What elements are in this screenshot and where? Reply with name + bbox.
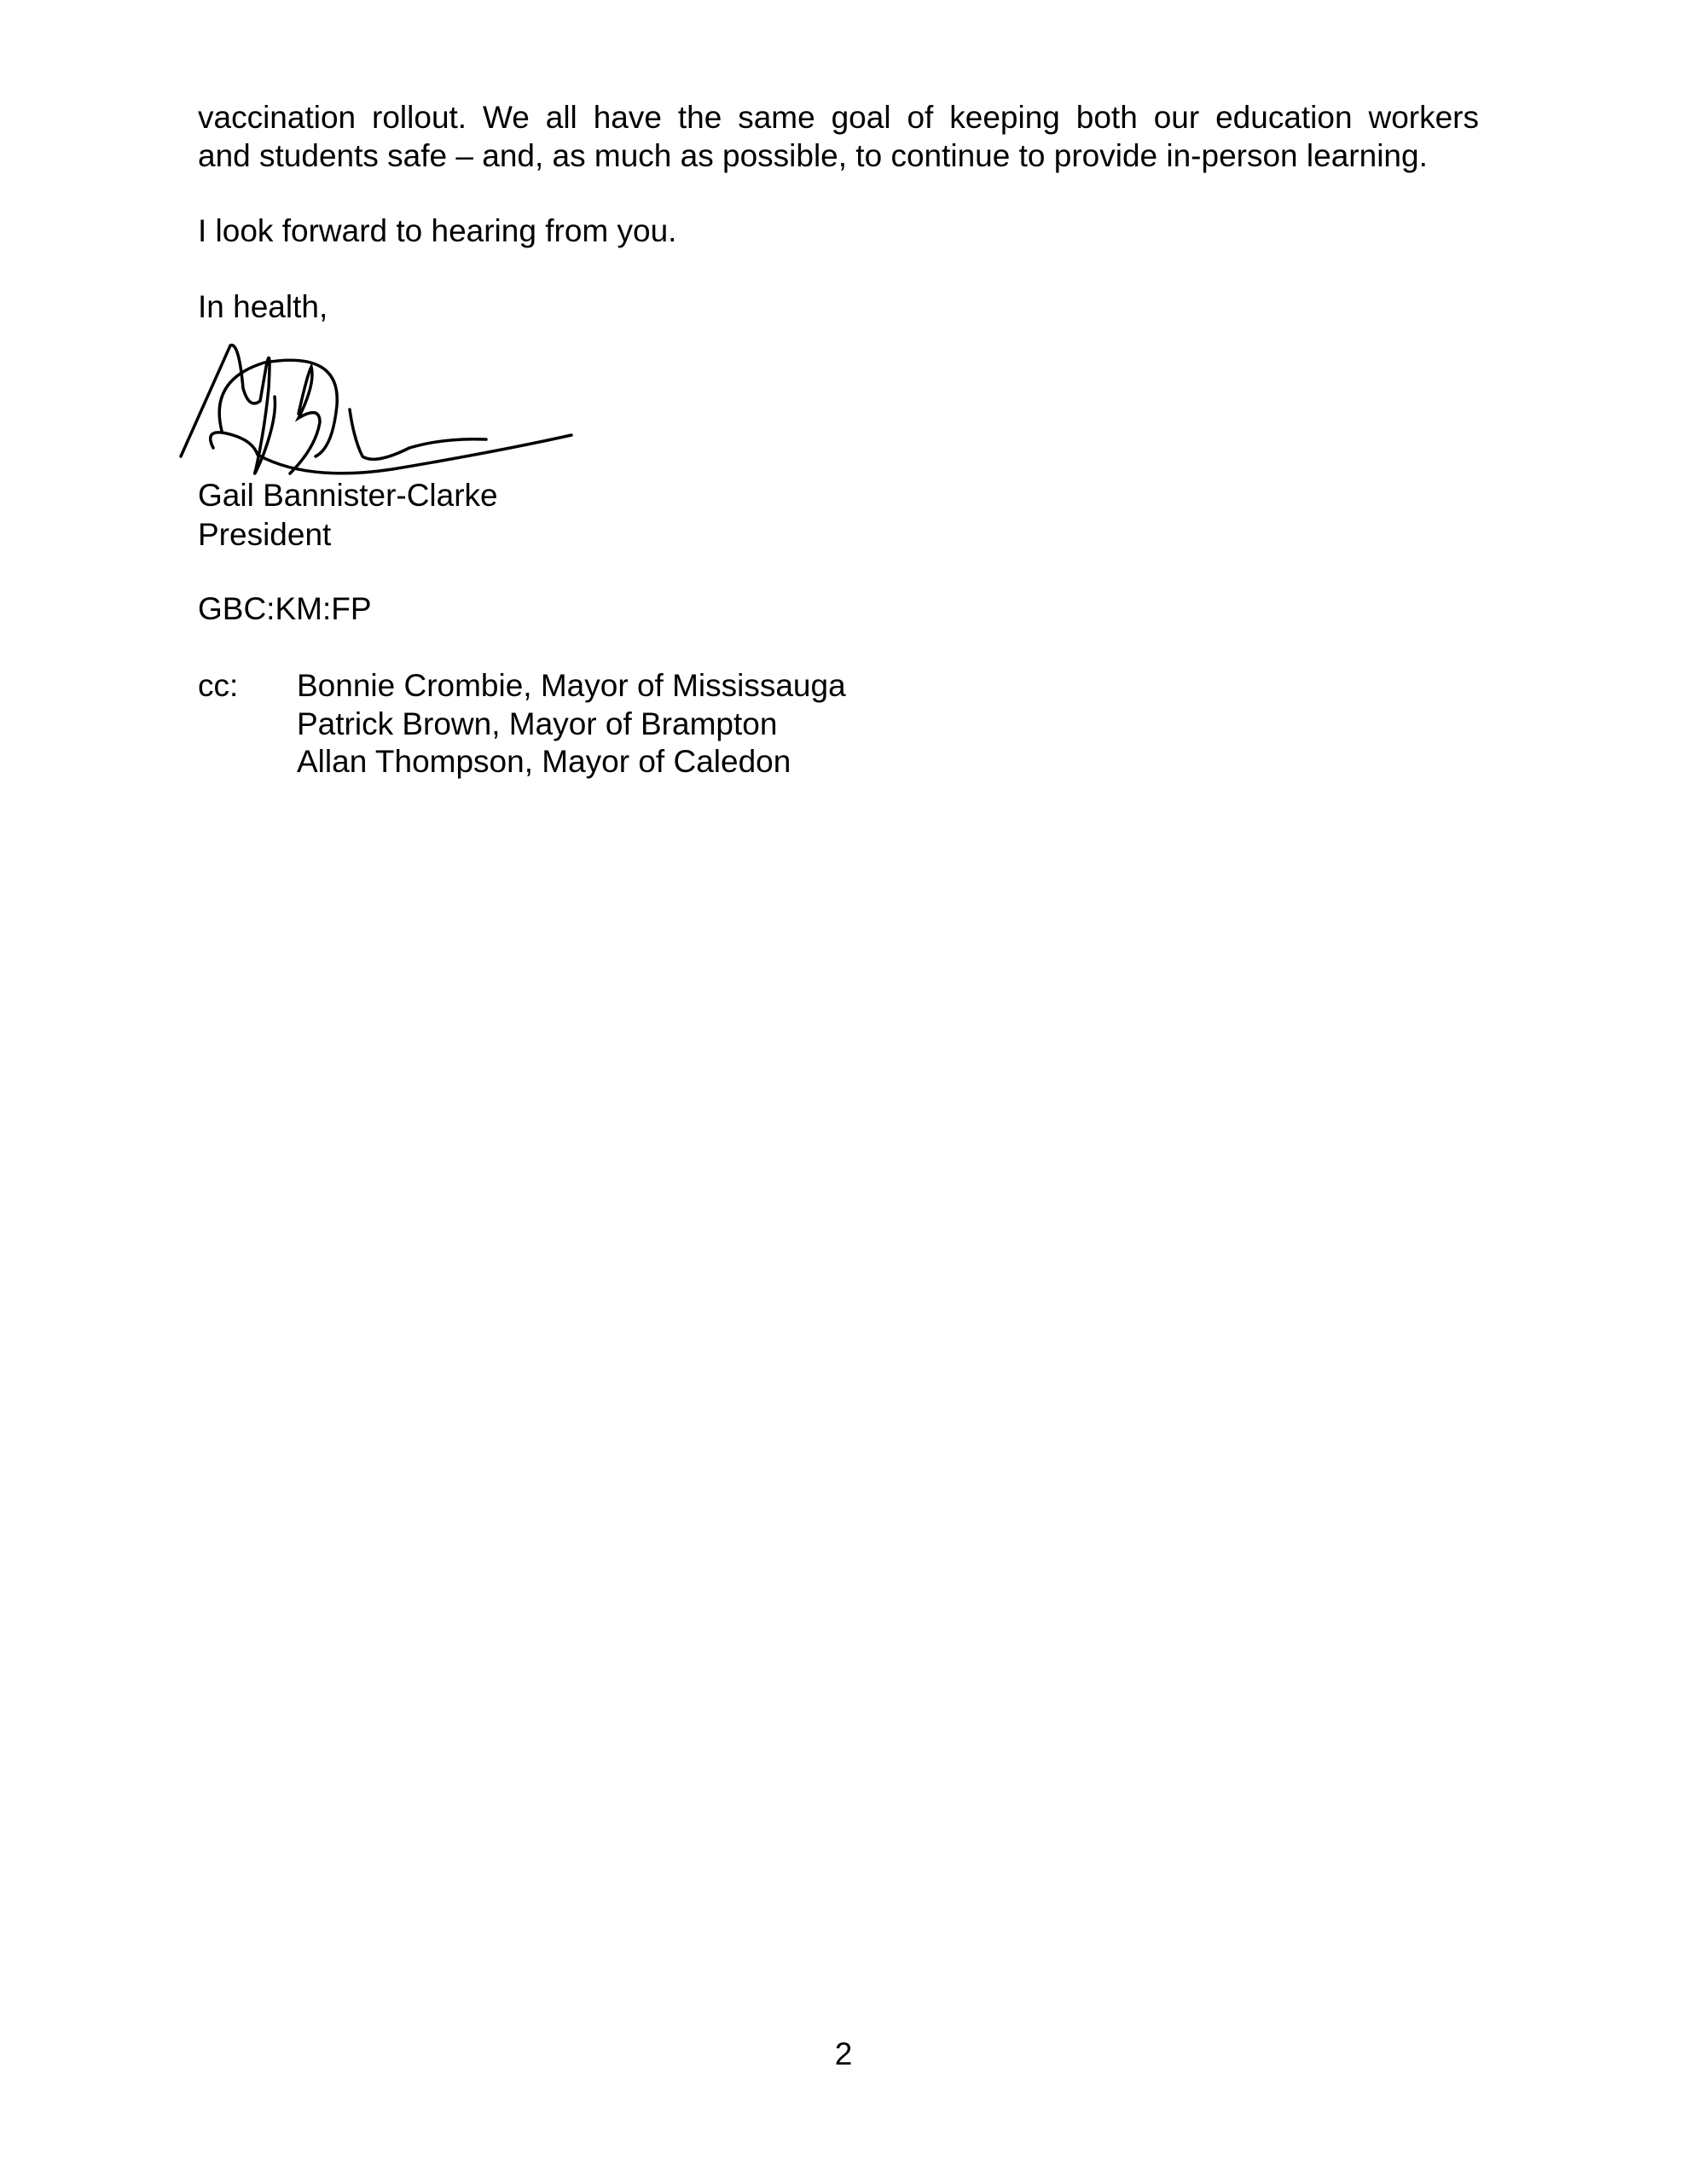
signer-name: Gail Bannister-Clarke xyxy=(198,477,498,514)
signature-icon xyxy=(171,337,648,482)
cc-recipient: Bonnie Crombie, Mayor of Mississauga xyxy=(297,667,846,705)
cc-label: cc: xyxy=(198,667,238,705)
closing-paragraph: I look forward to hearing from you. xyxy=(198,212,676,250)
reference-initials: GBC:KM:FP xyxy=(198,590,372,628)
signer-title: President xyxy=(198,516,331,554)
body-line-1: vaccination rollout. We all have the sam… xyxy=(198,99,1479,136)
cc-recipient: Allan Thompson, Mayor of Caledon xyxy=(297,743,791,781)
salutation: In health, xyxy=(198,288,328,326)
page-number: 2 xyxy=(0,2036,1687,2073)
cc-recipient: Patrick Brown, Mayor of Brampton xyxy=(297,706,777,743)
body-line-2: and students safe – and, as much as poss… xyxy=(198,137,1479,175)
